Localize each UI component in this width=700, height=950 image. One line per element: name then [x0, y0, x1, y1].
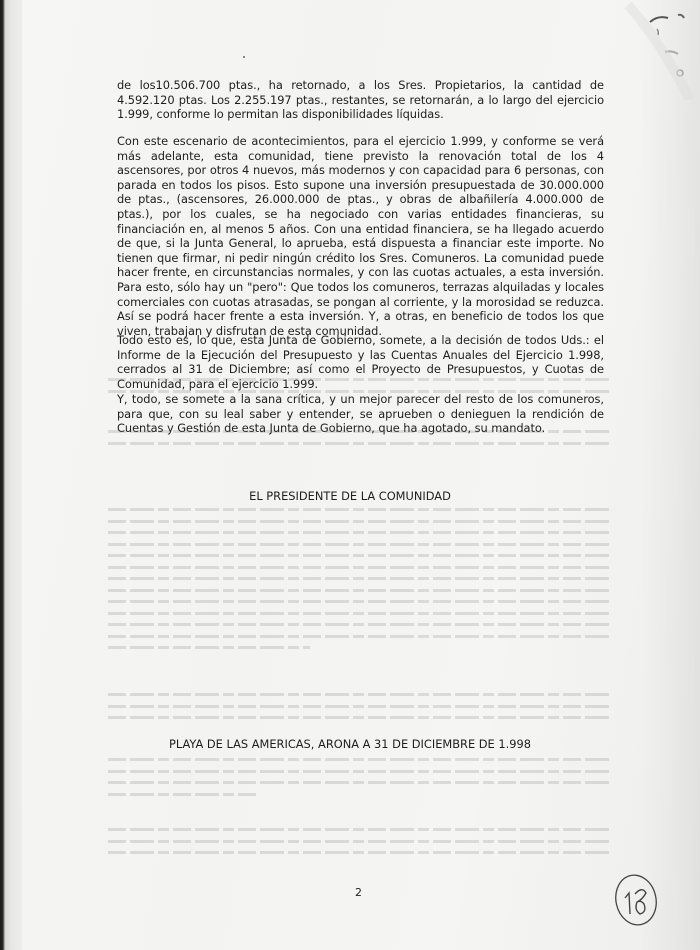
bleed-through-block-6	[108, 822, 613, 863]
paragraph-refund: de los10.506.700 ptas., ha retornado, a …	[117, 78, 604, 122]
bleed-through-block-1	[108, 372, 613, 401]
scanned-page: de los10.506.700 ptas., ha retornado, a …	[0, 0, 700, 950]
place-and-date: PLAYA DE LAS AMERICAS, ARONA A 31 DE DIC…	[0, 737, 700, 751]
page-fold-shadow	[640, 0, 700, 950]
bleed-through-block-3	[108, 502, 613, 658]
handwritten-folio-number: 18	[612, 872, 660, 928]
page-number: 2	[355, 886, 362, 899]
bleed-through-block-2	[108, 424, 613, 453]
bleed-through-block-4	[108, 687, 613, 728]
speck	[243, 56, 245, 58]
scan-edge-shadow	[0, 0, 22, 950]
president-signature-line: EL PRESIDENTE DE LA COMUNIDAD	[0, 489, 700, 503]
bleed-through-block-5	[108, 752, 613, 804]
paragraph-elevator-renovation: Con este escenario de acontecimientos, p…	[117, 134, 604, 338]
corner-smudge-marks	[600, 0, 700, 100]
svg-text:18: 18	[612, 872, 614, 873]
